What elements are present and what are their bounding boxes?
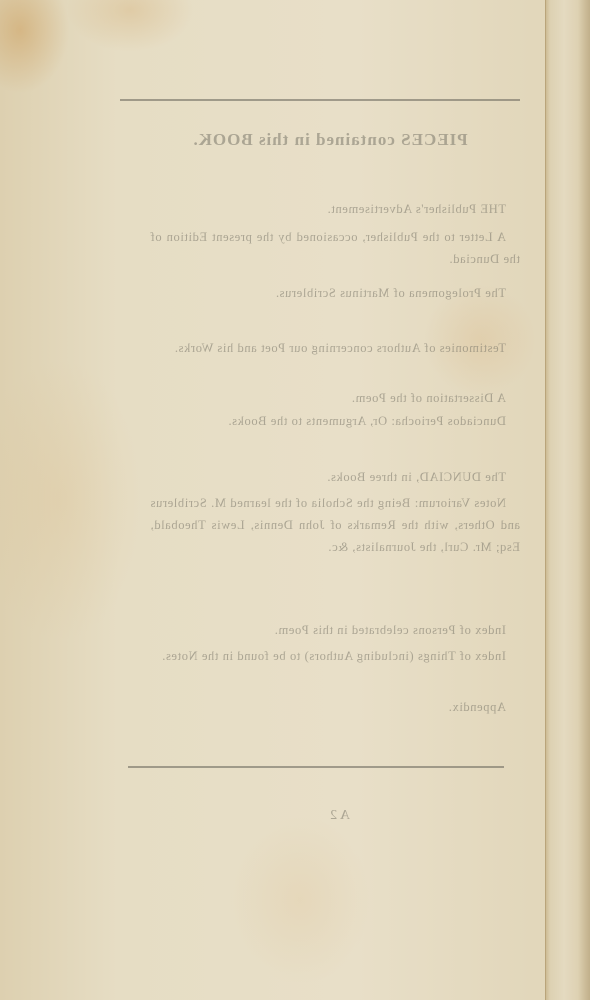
contents-entry: Index of Things (including Authors) to b… (150, 645, 520, 667)
book-page: PIECES contained in this BOOK. THE Publi… (0, 0, 590, 1000)
contents-entry: Appendix. (150, 696, 520, 718)
top-rule (120, 99, 520, 101)
contents-entry: Notes Variorum: Being the Scholia of the… (150, 492, 520, 558)
contents-entry: A Dissertation of the Poem. (150, 387, 520, 409)
contents-entry: Index of Persons celebrated in this Poem… (150, 619, 520, 641)
contents-entry: The DUNCIAD, in three Books. (150, 466, 520, 488)
contents-entry: The Prolegomena of Martinus Scriblerus. (150, 282, 520, 304)
contents-entry: Dunciados Periocha: Or, Arguments to the… (150, 410, 520, 432)
page-title: PIECES contained in this BOOK. (140, 130, 520, 150)
contents-entry: A Letter to the Publisher, occasioned by… (150, 226, 520, 270)
contents-entry: THE Publisher's Advertisement. (150, 198, 520, 220)
signature-mark: A 2 (330, 808, 350, 824)
bottom-rule (128, 766, 504, 768)
show-through-text: PIECES contained in this BOOK. THE Publi… (0, 0, 590, 1000)
contents-entry: Testimonies of Authors concerning our Po… (150, 337, 520, 359)
